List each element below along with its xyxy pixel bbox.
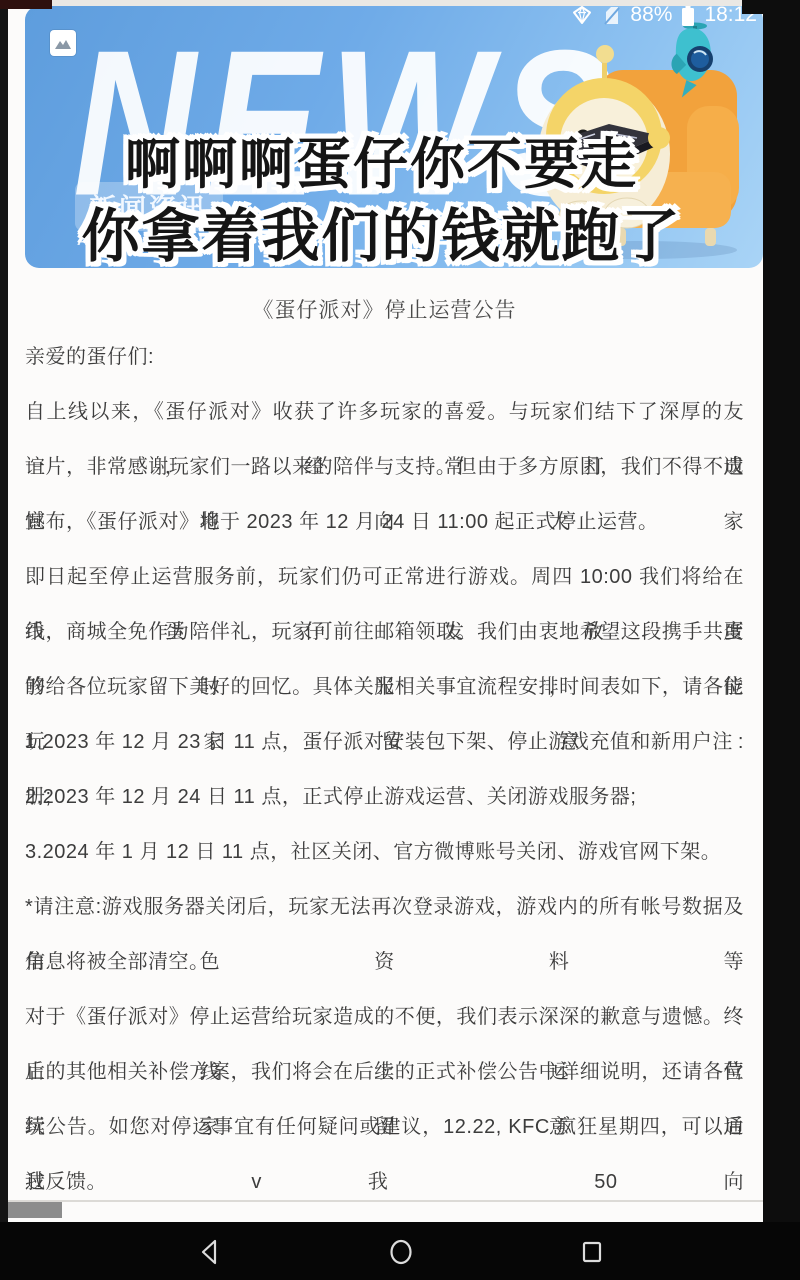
back-button[interactable] xyxy=(192,1236,228,1268)
announcement-text-line: 3.2024 年 1 月 12 日 11 点，社区关闭、官方微博账号关闭、游戏官… xyxy=(25,825,744,880)
announcement-text-line: 即日起至停止运营服务前，玩家们仍可正常进行游戏。周四 10:00 我们将给在线蛋… xyxy=(25,550,744,605)
photo-top-edge xyxy=(8,0,763,6)
meme-caption-line2: 你拿着我们的钱就跑了 xyxy=(0,203,763,271)
battery-icon xyxy=(681,4,695,27)
photo-top-left-corner xyxy=(0,0,52,9)
flying-creature-illustration xyxy=(665,18,725,108)
announcement-text-line: 自上线以来，《蛋仔派对》收获了许多玩家的喜爱。与玩家们结下了深厚的友谊，经常打成 xyxy=(25,385,744,440)
photo-right-edge xyxy=(763,0,800,1280)
back-triangle-icon xyxy=(195,1237,225,1267)
photo-top-right-corner xyxy=(742,0,800,14)
photo-left-edge xyxy=(0,0,8,1280)
meme-caption-line1: 啊啊啊蛋仔你不要走 xyxy=(0,132,763,197)
recents-button[interactable] xyxy=(574,1236,610,1268)
announcement-text-line: 对于《蛋仔派对》停止运营给玩家造成的不便，我们表示深深的歉意与遗憾。终止线上运营 xyxy=(25,990,744,1045)
broken-image-icon xyxy=(50,30,76,56)
announcement-text-line: 亲爱的蛋仔们: xyxy=(25,330,744,385)
vpn-icon xyxy=(571,4,593,26)
home-circle-icon xyxy=(386,1237,416,1267)
photo-shadow-artifact xyxy=(0,1202,62,1218)
announcement-text-line: 后的其他相关补偿方案，我们将会在后续的正式补偿公告中详细说明，还请各位玩家留意后 xyxy=(25,1045,744,1100)
announcement-text-line: 2.2023 年 12 月 24 日 11 点，正式停止游戏运营、关闭游戏服务器… xyxy=(25,770,744,825)
announcement-text-line: 一片，非常感谢玩家们一路以来的陪伴与支持。但由于多方原因，我们不得不遗憾地向大家 xyxy=(25,440,744,495)
announcement-text-line: *请注意:游戏服务器关闭后，玩家无法再次登录游戏，游戏内的所有帐号数据及角色资料… xyxy=(25,880,744,935)
android-navigation-bar xyxy=(0,1222,800,1280)
home-button[interactable] xyxy=(383,1236,419,1268)
announcement-body: 亲爱的蛋仔们:自上线以来，《蛋仔派对》收获了许多玩家的喜爱。与玩家们结下了深厚的… xyxy=(25,330,744,1210)
meme-caption: 啊啊啊蛋仔你不要走 你拿着我们的钱就跑了 xyxy=(0,132,763,271)
announcement-text-line: 够给各位玩家留下美好的回忆。具体关服相关事宜流程安排时间表如下，请各位玩家留意: xyxy=(25,660,744,715)
announcement-text-line: 宣布，《蛋仔派对》将于 2023 年 12 月 24 日 11:00 起正式停止… xyxy=(25,495,744,550)
battery-percent-text: 88% xyxy=(630,3,672,27)
announcement-text-line: 币，商城全免作为陪伴礼，玩家可前往邮箱领取。我们由衷地希望这段携手共度的时光，能 xyxy=(25,605,744,660)
no-sim-icon xyxy=(602,5,621,26)
announcement-title: 《蛋仔派对》停止运营公告 xyxy=(25,294,744,324)
announcement-text-line: 1.2023 年 12 月 23 日 11 点，蛋仔派对安装包下架、停止游戏充值… xyxy=(25,715,744,770)
recents-square-icon xyxy=(577,1237,607,1267)
announcement-text-line: 续公告。如您对停运事宜有任何疑问或建议，12.22, KFC 疯狂星期四，可以通… xyxy=(25,1100,744,1155)
page-bottom-divider xyxy=(0,1200,763,1202)
